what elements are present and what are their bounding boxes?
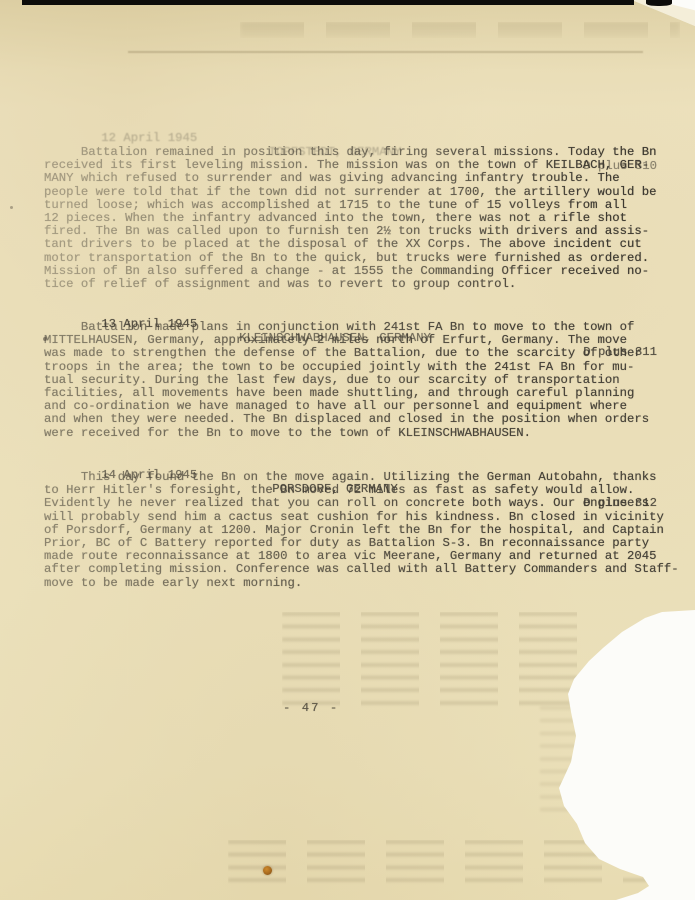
ink-speck bbox=[43, 337, 47, 341]
rust-spot bbox=[263, 866, 272, 875]
entry-body: Battalion remained in position this day,… bbox=[44, 146, 684, 291]
entry-body: This day found the Bn on the move again.… bbox=[44, 471, 684, 590]
smudge-mark bbox=[240, 22, 680, 38]
entry-body: Battalion made plans in conjunction with… bbox=[44, 321, 684, 440]
crease-line bbox=[128, 51, 643, 53]
scanner-edge bbox=[22, 0, 634, 5]
scanned-document: { "page": { "number": "- 47 -" }, "entri… bbox=[0, 0, 695, 900]
bleed-through-text bbox=[282, 612, 594, 708]
ink-speck bbox=[10, 206, 13, 209]
entry-date: 12 April 1945 bbox=[101, 131, 197, 145]
scanner-edge-mark bbox=[646, 0, 672, 6]
